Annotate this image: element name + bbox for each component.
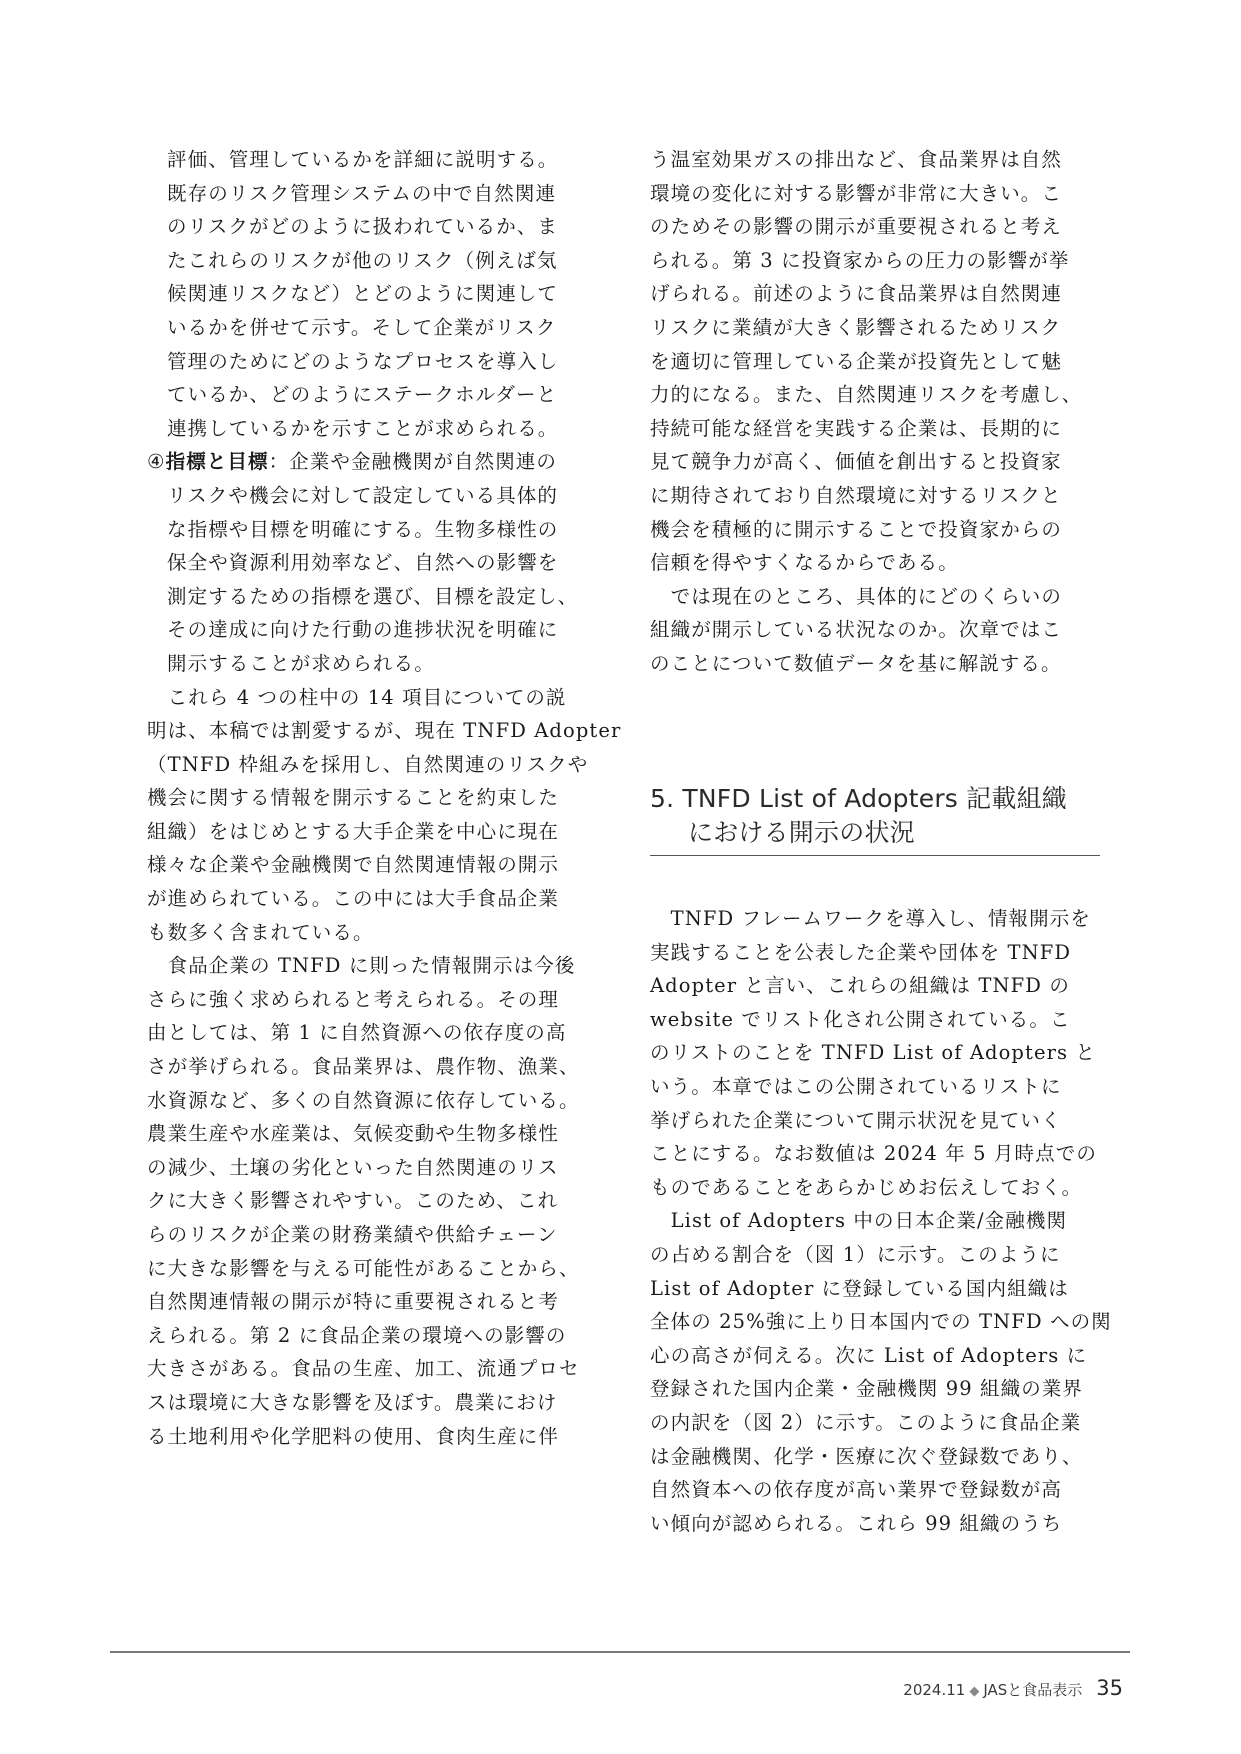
left-column: 評価、管理しているかを詳細に説明する。 既存のリスク管理システムの中で自然関連 … [147, 143, 601, 1453]
text-line: いう。本章ではこの公開されているリストに [650, 1070, 1102, 1104]
text-line: られる。第 3 に投資家からの圧力の影響が挙 [650, 244, 1102, 278]
text-line: 組織が開示している状況なのか。次章ではこ [650, 613, 1102, 647]
text-line: 管理のためにどのようなプロセスを導入し [167, 345, 601, 379]
text-line: 環境の変化に対する影響が非常に大きい。こ [650, 177, 1102, 211]
text-line: のことについて数値データを基に解説する。 [650, 647, 1102, 681]
text-line: 様々な企業や金融機関で自然関連情報の開示 [147, 848, 601, 882]
item4-metrics-and-targets: ④指標と目標：企業や金融機関が自然関連の リスクや機会に対して設定している具体的… [147, 445, 601, 680]
text-line: 自然関連情報の開示が特に重要視されると考 [147, 1285, 601, 1319]
text-line: い傾向が認められる。これら 99 組織のうち [650, 1507, 1102, 1541]
text-line: 機会を積極的に開示することで投資家からの [650, 513, 1102, 547]
text-line: 測定するための指標を選び、目標を設定し、 [167, 580, 601, 614]
text-line: 挙げられた企業について開示状況を見ていく [650, 1104, 1102, 1138]
text-line: その達成に向けた行動の進捗状況を明確に [167, 613, 601, 647]
text-line: 機会に関する情報を開示することを約束した [147, 781, 601, 815]
text-line: に大きな影響を与える可能性があることから、 [147, 1252, 601, 1286]
text-line: も数多く含まれている。 [147, 916, 601, 950]
text-line: 組織）をはじめとする大手企業を中心に現在 [147, 815, 601, 849]
text-line: のリストのことを TNFD List of Adopters と [650, 1036, 1102, 1070]
text-line: 力的になる。また、自然関連リスクを考慮し、 [650, 378, 1102, 412]
text-line: 心の高さが伺える。次に List of Adopters に [650, 1339, 1102, 1373]
text-line: List of Adopters 中の日本企業/金融機関 [650, 1204, 1102, 1238]
text-line: これら 4 つの柱中の 14 項目についての説 [147, 681, 601, 715]
text-line: ものであることをあらかじめお伝えしておく。 [650, 1171, 1102, 1205]
text-line: Adopter と言い、これらの組織は TNFD の [650, 969, 1102, 1003]
item-text: ：企業や金融機関が自然関連の [269, 450, 557, 473]
text-line: う温室効果ガスの排出など、食品業界は自然 [650, 143, 1102, 177]
paragraph-japan-share: List of Adopters 中の日本企業/金融機関 の占める割合を（図 1… [650, 1204, 1102, 1540]
text-line: さらに強く求められると考えられる。その理 [147, 983, 601, 1017]
text-line: 大きさがある。食品の生産、加工、流通プロセ [147, 1352, 601, 1386]
paragraph-investor-pressure: う温室効果ガスの排出など、食品業界は自然 環境の変化に対する影響が非常に大きい。… [650, 143, 1102, 580]
text-line: 由としては、第 1 に自然資源への依存度の高 [147, 1016, 601, 1050]
text-line: の減少、土壌の劣化といった自然関連のリス [147, 1151, 601, 1185]
text-line: （TNFD 枠組みを採用し、自然関連のリスクや [147, 748, 601, 782]
text-line: えられる。第 2 に食品企業の環境への影響の [147, 1319, 601, 1353]
text-line: List of Adopter に登録している国内組織は [650, 1272, 1102, 1306]
text-line: 既存のリスク管理システムの中で自然関連 [167, 177, 601, 211]
item4-first-line: ④指標と目標：企業や金融機関が自然関連の [147, 445, 601, 479]
text-line: 食品企業の TNFD に則った情報開示は今後 [147, 949, 601, 983]
text-line: 全体の 25%強に上り日本国内での TNFD への関 [650, 1305, 1102, 1339]
text-line: スは環境に大きな影響を及ぼす。農業におけ [147, 1386, 601, 1420]
paragraph-next-chapter: では現在のところ、具体的にどのくらいの 組織が開示している状況なのか。次章ではこ… [650, 580, 1102, 681]
item3-continuation: 評価、管理しているかを詳細に説明する。 既存のリスク管理システムの中で自然関連 … [147, 143, 601, 445]
section-heading-line1: 5. TNFD List of Adopters 記載組織 [650, 782, 1110, 816]
text-line: さが挙げられる。食品業界は、農作物、漁業、 [147, 1050, 601, 1084]
text-line: のためその影響の開示が重要視されると考え [650, 210, 1102, 244]
text-line: 水資源など、多くの自然資源に依存している。 [147, 1084, 601, 1118]
issue-date: 2024.11 [903, 1681, 965, 1699]
text-line: リスクに業績が大きく影響されるためリスク [650, 311, 1102, 345]
text-line: 持続可能な経営を実践する企業は、長期的に [650, 412, 1102, 446]
text-line: 見て競争力が高く、価値を創出すると投資家 [650, 445, 1102, 479]
text-line: ことにする。なお数値は 2024 年 5 月時点での [650, 1137, 1102, 1171]
text-line: げられる。前述のように食品業界は自然関連 [650, 277, 1102, 311]
text-line: ているか、どのようにステークホルダーと [167, 378, 601, 412]
text-line: は金融機関、化学・医療に次ぐ登録数であり、 [650, 1440, 1102, 1474]
text-line: に期待されており自然環境に対するリスクと [650, 479, 1102, 513]
text-line: たこれらのリスクが他のリスク（例えば気 [167, 244, 601, 278]
section-heading: 5. TNFD List of Adopters 記載組織 における開示の状況 [650, 782, 1110, 850]
item-marker: ④ [147, 450, 166, 473]
text-line: TNFD フレームワークを導入し、情報開示を [650, 902, 1102, 936]
text-line: の占める割合を（図 1）に示す。このように [650, 1238, 1102, 1272]
text-line: 開示することが求められる。 [167, 647, 601, 681]
text-line: 信頼を得やすくなるからである。 [650, 546, 1102, 580]
right-column-upper: う温室効果ガスの排出など、食品業界は自然 環境の変化に対する影響が非常に大きい。… [650, 143, 1102, 681]
text-line: 連携しているかを示すことが求められる。 [167, 412, 601, 446]
text-line: クに大きく影響されやすい。このため、これ [147, 1184, 601, 1218]
paragraph-food-company-reasons: 食品企業の TNFD に則った情報開示は今後 さらに強く求められると考えられる。… [147, 949, 601, 1453]
text-line: る土地利用や化学肥料の使用、食肉生産に伴 [147, 1420, 601, 1454]
paragraph-adopters-intro: これら 4 つの柱中の 14 項目についての説 明は、本稿では割愛するが、現在 … [147, 681, 601, 950]
section-heading-line2: における開示の状況 [650, 816, 1110, 850]
text-line: な指標や目標を明確にする。生物多様性の [167, 513, 601, 547]
text-line: website でリスト化され公開されている。こ [650, 1003, 1102, 1037]
text-line: では現在のところ、具体的にどのくらいの [650, 580, 1102, 614]
publication-name: JASと食品表示 [983, 1679, 1082, 1700]
item-title: 指標と目標 [166, 450, 269, 473]
text-line: 候関連リスクなど）とどのように関連して [167, 277, 601, 311]
text-line: 実践することを公表した企業や団体を TNFD [650, 936, 1102, 970]
section-heading-underline [650, 855, 1100, 856]
text-line: の内訳を（図 2）に示す。このように食品企業 [650, 1406, 1102, 1440]
diamond-icon: ◆ [969, 1684, 979, 1699]
text-line: 登録された国内企業・金融機関 99 組織の業界 [650, 1372, 1102, 1406]
paragraph-list-of-adopters: TNFD フレームワークを導入し、情報開示を 実践することを公表した企業や団体を… [650, 902, 1102, 1204]
page-footer: 2024.11 ◆ JASと食品表示 35 [903, 1676, 1123, 1700]
footer-divider [110, 1651, 1130, 1653]
text-line: リスクや機会に対して設定している具体的 [167, 479, 601, 513]
text-line: 明は、本稿では割愛するが、現在 TNFD Adopter [147, 714, 601, 748]
text-line: が進められている。この中には大手食品企業 [147, 882, 601, 916]
page-number: 35 [1096, 1676, 1123, 1700]
text-line: 評価、管理しているかを詳細に説明する。 [167, 143, 601, 177]
text-line: のリスクがどのように扱われているか、ま [167, 210, 601, 244]
text-line: いるかを併せて示す。そして企業がリスク [167, 311, 601, 345]
text-line: 農業生産や水産業は、気候変動や生物多様性 [147, 1117, 601, 1151]
right-column-lower: TNFD フレームワークを導入し、情報開示を 実践することを公表した企業や団体を… [650, 902, 1102, 1540]
text-line: らのリスクが企業の財務業績や供給チェーン [147, 1218, 601, 1252]
text-line: 自然資本への依存度が高い業界で登録数が高 [650, 1473, 1102, 1507]
text-line: を適切に管理している企業が投資先として魅 [650, 345, 1102, 379]
text-line: 保全や資源利用効率など、自然への影響を [167, 546, 601, 580]
